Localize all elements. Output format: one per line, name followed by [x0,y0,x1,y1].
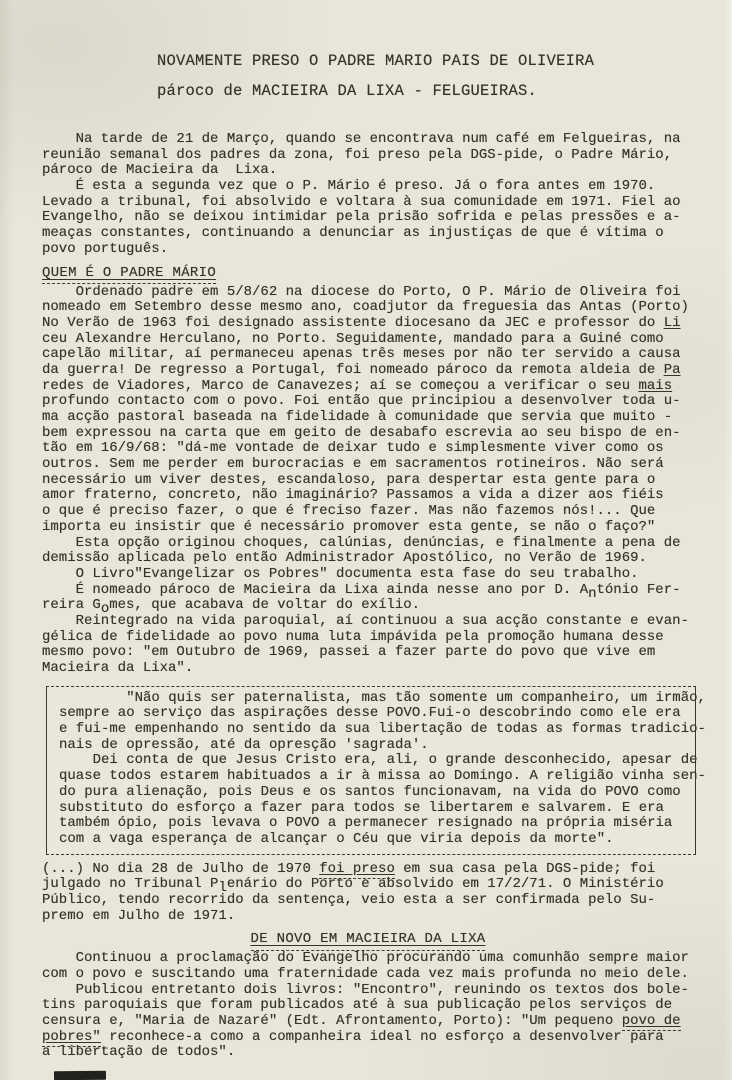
text-segment: reconhece-a como a companheira ideal no … [101,1029,664,1045]
text-line: redes de Viadores, Marco de Canavezes; a… [42,379,694,395]
document-body: Na tarde de 21 de Março, quando se encon… [42,132,694,1061]
text-line: com a vaga esperança de alcançar o Céu q… [59,832,693,848]
title-line-1: NOVAMENTE PRESO O PADRE MARIO PAIS DE OL… [157,46,694,76]
text-line: e fui-me empenhando no sentido da sua li… [59,722,693,738]
text-line: com o povo e suscitando uma fraternidade… [42,967,694,983]
text-segment: No Verão de 1963 foi designado assistent… [42,315,664,331]
text-line: a libertação de todos". [42,1045,694,1061]
text-segment: mes, que acabava de voltar do exílio. [109,597,420,613]
text-line: Evangelho, não se deixou intimidar pela … [42,210,694,226]
text-line: Macieira da Lixa". [42,661,694,677]
document-title: NOVAMENTE PRESO O PADRE MARIO PAIS DE OL… [157,46,694,106]
text-line: tins paroquiais que foram publicados até… [42,998,694,1014]
text-segment: em sua casa pela DGS-pide; foi [395,861,655,877]
text-line: No Verão de 1963 foi designado assistent… [42,316,694,332]
text-line: povo português. [42,242,694,258]
text-line: É nomeado pároco de Macieira da Lixa ain… [42,583,694,599]
text-line: julgado no Tribunal Plenário do Porto e … [42,877,694,893]
heading-row: DE NOVO EM MACIEIRA DA LIXA [42,929,694,948]
text-line: do pura alienação, pois Deus e os santos… [59,785,693,801]
text-line: Continuou a proclamação do Evangelho pro… [42,951,694,967]
scan-artifact [54,1071,106,1080]
emphasized-text: Pa [664,362,681,378]
text-segment: enário do Porto e absolvido em 17/2/71. … [227,876,664,892]
emphasized-text: n [588,587,596,603]
text-line: ma acção pastoral baseada na fidelidade … [42,410,694,426]
section-heading: QUEM É O PADRE MÁRIO [42,265,216,285]
text-line: amor fraterno, concreto, não imaginário?… [42,488,694,504]
title-line-2: pároco de MACIEIRA DA LIXA - FELGUEIRAS. [157,76,694,106]
heading-row: QUEM É O PADRE MÁRIO [42,263,694,282]
text-segment: reira G [42,597,101,613]
text-line: nomeado em Setembro desse mesmo ano, coa… [42,300,694,316]
text-line: profundo contacto com o povo. Foi então … [42,394,694,410]
text-segment: censura e, "Maria de Nazaré" (Edt. Afron… [42,1013,622,1029]
text-line: O Livro"Evangelizar os Pobres" documenta… [42,567,694,583]
paragraph: Ordenado padre em 5/8/62 na diocese do P… [42,285,694,677]
text-line: substituto do esforço a fazer para todos… [59,801,693,817]
text-line: Dei conta de que Jesus Cristo era, ali, … [59,753,693,769]
paragraph: Continuou a proclamação do Evangelho pro… [42,951,694,1061]
document-page: NOVAMENTE PRESO O PADRE MARIO PAIS DE OL… [0,0,732,1080]
text-line: da guerra! De regresso a Portugal, foi n… [42,363,694,379]
text-line: capelão militar, aí permaneceu apenas tr… [42,347,694,363]
text-line: Ordenado padre em 5/8/62 na diocese do P… [42,285,694,301]
emphasized-text: l [218,881,226,897]
text-line: (...) No dia 28 de Julho de 1970 foi pre… [42,862,694,878]
text-line: quase todos estarem habituados a ir à mi… [59,769,693,785]
emphasized-text: mais [639,378,673,394]
text-line: outros. Sem me perder em burocracias e e… [42,457,694,473]
text-line: sempre ao serviço das aspirações desse P… [59,706,693,722]
text-segment: É nomeado pároco de Macieira da Lixa ain… [42,582,588,598]
emphasized-text: o [101,602,109,618]
text-line: ceu Alexandre Herculano, no Porto. Segui… [42,332,694,348]
text-line: censura e, "Maria de Nazaré" (Edt. Afron… [42,1014,694,1030]
text-segment: (...) No dia 28 de Julho de 1970 [42,861,319,877]
text-line: pároco de Macieira da Lixa. [42,163,694,179]
text-line: É esta a segunda vez que o P. Mário é pr… [42,179,694,195]
emphasized-text: Li [664,315,681,331]
section-heading: DE NOVO EM MACIEIRA DA LIXA [251,931,486,951]
text-line: Esta opção originou choques, calúnias, d… [42,536,694,552]
text-line: Público, tendo recorrido da sentença, ve… [42,893,694,909]
text-segment: da guerra! De regresso a Portugal, foi n… [42,362,664,378]
text-line: Reintegrado na vida paroquial, aí contin… [42,614,694,630]
text-line: também ópio, pois levava o POVO a perman… [59,816,693,832]
text-line: meaças constantes, continuando a denunci… [42,226,694,242]
paragraph: Na tarde de 21 de Março, quando se encon… [42,132,694,258]
text-line: premo em Julho de 1971. [42,909,694,925]
text-line: Na tarde de 21 de Março, quando se encon… [42,132,694,148]
text-segment: redes de Viadores, Marco de Canavezes; a… [42,378,639,394]
text-line: importa eu insistir que é necessário pro… [42,520,694,536]
text-segment: tónio Fer- [597,582,681,598]
text-line: o que é preciso fazer, o que é freciso f… [42,504,694,520]
paragraph: (...) No dia 28 de Julho de 1970 foi pre… [42,862,694,925]
text-line: tão em 16/9/68: "dá-me vontade de deixar… [42,441,694,457]
quote-box: "Não quis ser paternalista, mas tão some… [46,686,696,855]
text-segment: julgado no Tribunal P [42,876,218,892]
text-line: demissão aplicada pelo então Administrad… [42,551,694,567]
text-line: mesmo povo: "em Outubro de 1969, passei … [42,645,694,661]
text-line: gélica de fidelidade ao povo numa luta i… [42,630,694,646]
